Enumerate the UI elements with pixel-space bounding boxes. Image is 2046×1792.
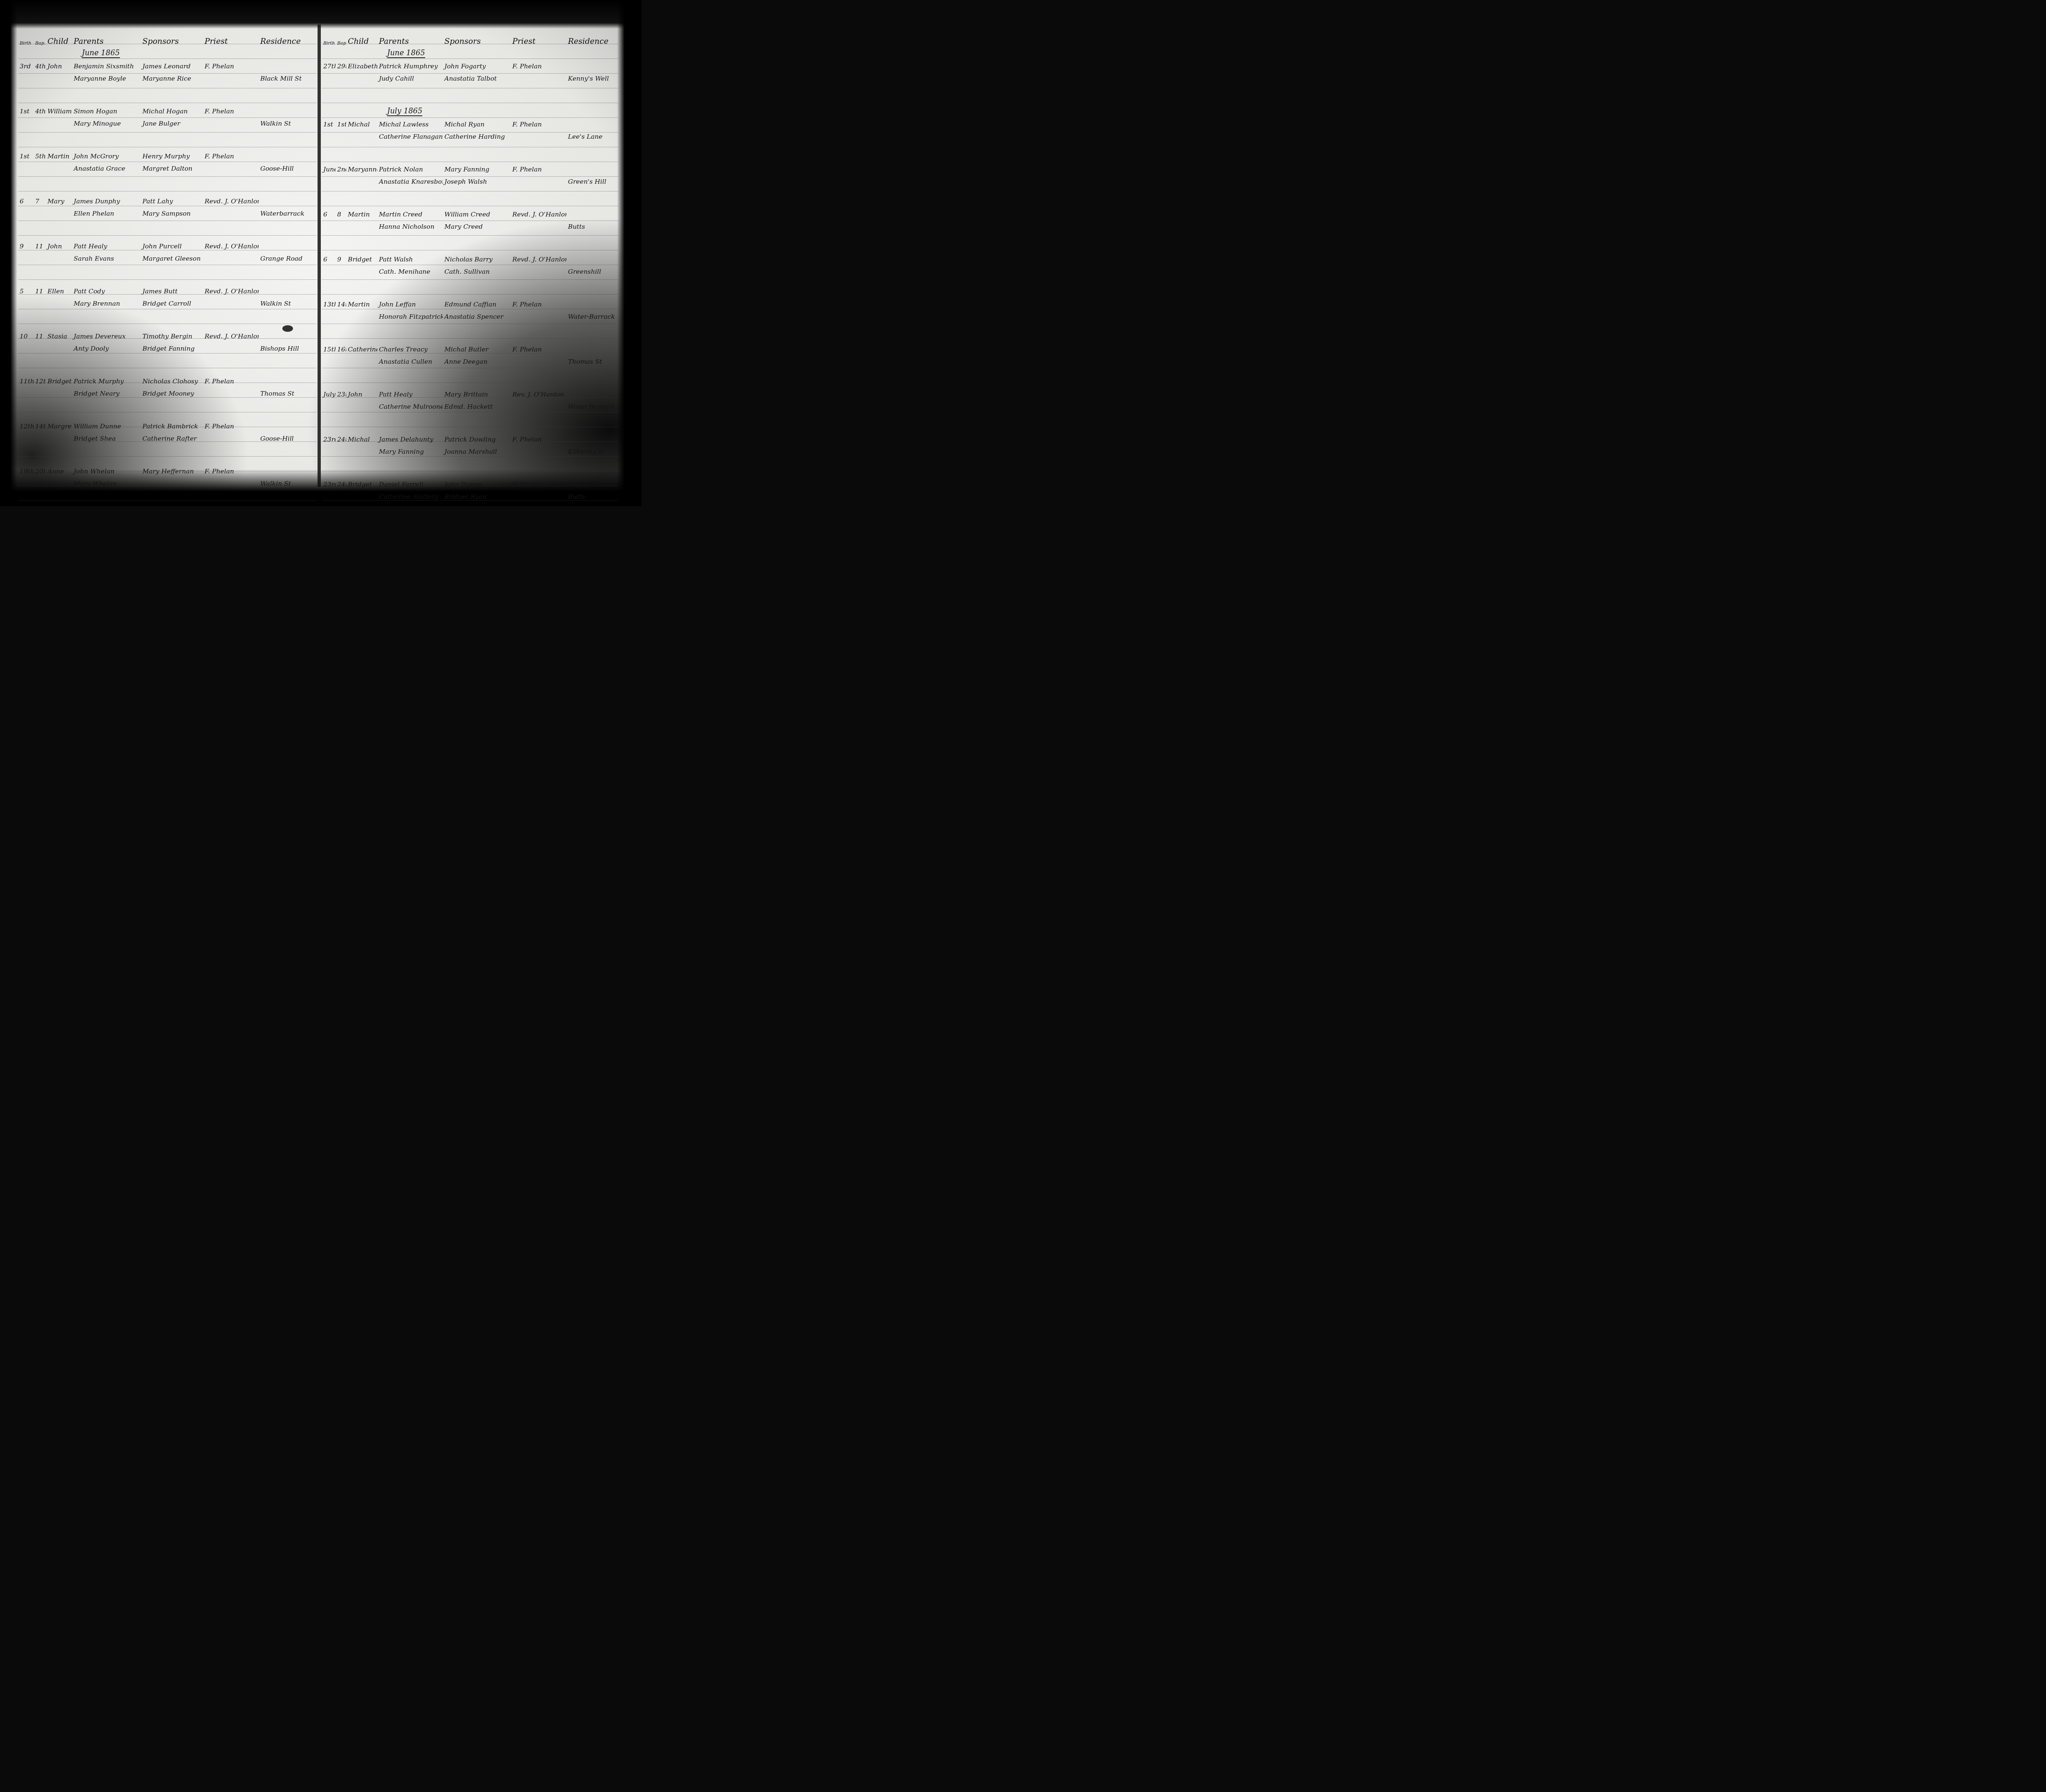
priest-name: F. Phelan <box>203 105 259 150</box>
sponsors: Mary FanningJoseph Walsh <box>443 163 511 208</box>
mother-name: Anty Dooly <box>74 342 139 355</box>
register-entry: 67MaryJames DunphyEllen PhelanPatt LahyM… <box>18 195 317 240</box>
col-header-priest: Priest <box>511 29 566 47</box>
col-header-bap: Bap. <box>34 29 46 47</box>
baptism-date: 24th <box>336 478 346 506</box>
parents: Patrick MurphyBridget Neary <box>72 375 141 420</box>
birth-date: 13th <box>322 298 336 343</box>
sponsor-1: Michal Hogan <box>142 105 201 117</box>
birth-date: 19th <box>18 465 34 506</box>
priest-name: Revd. J. O'Hanlon <box>203 240 259 285</box>
residence: Waterbarrack <box>259 195 317 240</box>
child-name: Catherine <box>346 343 377 388</box>
sponsor-1: Patt Lahy <box>142 195 201 207</box>
mother-name: Anastatia Cullen <box>379 356 441 368</box>
birth-date: 9 <box>18 240 34 285</box>
child-name: Maryanne <box>346 163 377 208</box>
priest-name: F. Phelan <box>511 118 566 163</box>
sponsor-1: William Creed <box>444 208 509 221</box>
sponsor-2: Bridget Fanning <box>142 342 201 355</box>
baptism-date: 9 <box>336 253 346 298</box>
sponsor-2: Anastatia Spencer <box>444 311 509 323</box>
sponsors: John PurcellMargaret Gleeson <box>141 240 203 285</box>
register-entry: 19th20thAnneJohn WhelanMary WhelanMary H… <box>18 465 317 506</box>
sponsor-2: Mary Creed <box>444 221 509 233</box>
child-name: Margret <box>46 420 72 465</box>
baptism-date: 11 <box>34 285 46 330</box>
priest-name: F. Phelan <box>203 375 259 420</box>
sponsors: Timothy BerginBridget Fanning <box>141 330 203 375</box>
sponsor-1: Mary Brittain <box>444 388 509 401</box>
baptism-date: 23th <box>336 388 346 433</box>
sponsor-1: Edmund Caffian <box>444 298 509 311</box>
parents: Simon HoganMary Minogue <box>72 105 141 150</box>
sponsors: William CreedMary Creed <box>443 208 511 253</box>
residence: Grange Road <box>259 240 317 285</box>
col-header-residence: Residence <box>259 29 317 47</box>
father-name: Daniel Farrell <box>379 478 441 491</box>
birth-date: 15th <box>322 343 336 388</box>
mother-name: Mary Brennan <box>74 297 139 310</box>
sponsor-1: Michal Butler <box>444 343 509 356</box>
scan-frame-right <box>617 0 642 506</box>
child-name: Ellen <box>46 285 72 330</box>
sponsor-2: Jane Bulger <box>142 117 201 130</box>
baptism-date: 14th <box>336 298 346 343</box>
priest-name: F. Phelan <box>511 343 566 388</box>
father-name: Patrick Nolan <box>379 163 441 176</box>
register-entry: July 2223thJohnPatt HealyCatherine Mulro… <box>322 388 618 433</box>
priest-name: Revd. J. O'Hanlon <box>511 253 566 298</box>
residence: Lee's Lane <box>566 118 618 163</box>
priest-name: Revd. J. O'Hanlon <box>511 208 566 253</box>
baptism-date: 1st <box>336 118 346 163</box>
residence: Kenny's Well <box>566 60 618 105</box>
left-register-table: Birth Bap. Child Parents Sponsors Priest… <box>18 29 317 506</box>
father-name: John Whelan <box>74 465 139 477</box>
parents: William DunneBridget Shea <box>72 420 141 465</box>
priest-name: Revd. J. O'Hanlon <box>203 195 259 240</box>
month-heading-row: June 1865 <box>18 47 317 60</box>
parents: Patt HealyCatherine Mulrooney <box>377 388 443 433</box>
priest-name: F. Phelan <box>511 433 566 478</box>
residence: Walkin St <box>259 285 317 330</box>
residence: Walkin St <box>259 105 317 150</box>
col-header-bap: Bap. <box>336 29 346 47</box>
ink-blot <box>282 325 293 332</box>
sponsor-1: Nicholas Clohosy <box>142 375 201 387</box>
mother-name: Anastatia Grace <box>74 162 139 175</box>
left-page: Birth Bap. Child Parents Sponsors Priest… <box>18 29 317 506</box>
sponsor-2: Maryanne Rice <box>142 72 201 85</box>
mother-name: Catherine Mulrooney <box>379 401 441 413</box>
sponsor-1: Michal Ryan <box>444 118 509 131</box>
sponsor-2: Anastatia Talbot <box>444 72 509 85</box>
month-heading-row: June 1865 <box>322 47 618 60</box>
birth-date: 6 <box>18 195 34 240</box>
sponsor-1: Mary Fanning <box>444 163 509 176</box>
father-name: James Delahunty <box>379 433 441 446</box>
col-header-parents: Parents <box>72 29 141 47</box>
col-header-sponsors: Sponsors <box>443 29 511 47</box>
father-name: John McGrory <box>74 150 139 162</box>
parents: James DevereuxAnty Dooly <box>72 330 141 375</box>
baptism-date: 12th <box>34 375 46 420</box>
baptism-date: 5th <box>34 150 46 195</box>
father-name: Patt Walsh <box>379 253 441 266</box>
priest-name: Revd. J. O'Hanlon <box>203 285 259 330</box>
child-name: Martin <box>346 208 377 253</box>
father-name: Patrick Humphrey <box>379 60 441 72</box>
birth-date: 1st <box>18 105 34 150</box>
register-entry: 1st4thWilliamSimon HoganMary MinogueMich… <box>18 105 317 150</box>
register-entry: 911JohnPatt HealySarah EvansJohn Purcell… <box>18 240 317 285</box>
month-heading: June 1865 <box>387 49 425 58</box>
father-name: William Dunne <box>74 420 139 432</box>
sponsors: James LeonardMaryanne Rice <box>141 60 203 105</box>
residence: Bishops Hill <box>259 330 317 375</box>
child-name: Michal <box>346 118 377 163</box>
col-header-birth: Birth <box>322 29 336 47</box>
sponsors: Patt LahyMary Sampson <box>141 195 203 240</box>
register-entry: 1011StasiaJames DevereuxAnty DoolyTimoth… <box>18 330 317 375</box>
residence: Thomas St <box>259 375 317 420</box>
birth-date: 11th <box>18 375 34 420</box>
sponsors: Mary BrittainEdmd. Hackett <box>443 388 511 433</box>
col-header-child: Child <box>346 29 377 47</box>
book-gutter <box>318 25 321 487</box>
col-header-birth: Birth <box>18 29 34 47</box>
father-name: Benjamin Sixsmith <box>74 60 139 72</box>
mother-name: Maryanne Boyle <box>74 72 139 85</box>
register-entry: 23rd24thBridgetDaniel FarrellCatherine S… <box>322 478 618 506</box>
mother-name: Catherine Slattery <box>379 491 441 503</box>
birth-date: 12th <box>18 420 34 465</box>
sponsor-2: Mary Sampson <box>142 207 201 220</box>
residence: Green's Hill <box>566 163 618 208</box>
baptism-date: 14th <box>34 420 46 465</box>
sponsor-1: John Purcell <box>142 240 201 252</box>
header-row: Birth Bap. Child Parents Sponsors Priest… <box>18 29 317 47</box>
birth-date: 6 <box>322 208 336 253</box>
parents: Martin CreedHanna Nicholson <box>377 208 443 253</box>
sponsor-2: Catherine Harding <box>444 131 509 143</box>
baptism-date: 16th <box>336 343 346 388</box>
parents: Patt CodyMary Brennan <box>72 285 141 330</box>
register-entry: 511EllenPatt CodyMary BrennanJames ButtB… <box>18 285 317 330</box>
sponsor-1: Henry Murphy <box>142 150 201 162</box>
child-name: Martin <box>46 150 72 195</box>
birth-date: 1st <box>322 118 336 163</box>
residence: Goose-Hill <box>259 420 317 465</box>
child-name: Michal <box>346 433 377 478</box>
register-entry: 15th16thCatherineCharles TreacyAnastatia… <box>322 343 618 388</box>
sponsor-1: Patrick Dowling <box>444 433 509 446</box>
priest-name: F. Phelan <box>203 465 259 506</box>
priest-name: F. Phelan <box>511 60 566 105</box>
baptism-date: 2nd <box>336 163 346 208</box>
mother-name: Judy Cahill <box>379 72 441 85</box>
parents: Charles TreacyAnastatia Cullen <box>377 343 443 388</box>
sponsor-1: Nicholas Barry <box>444 253 509 266</box>
sponsor-2: Catherine Rafter <box>142 432 201 445</box>
sponsor-1: Timothy Bergin <box>142 330 201 342</box>
register-entry: 27th29thElizabethPatrick HumphreyJudy Ca… <box>322 60 618 105</box>
sponsor-2: Bridget Mooney <box>142 387 201 400</box>
sponsor-1: John Fogarty <box>444 60 509 72</box>
month-heading: June 1865 <box>82 49 120 58</box>
priest-name: F. Phelan <box>203 60 259 105</box>
residence: Kilkenny St <box>566 433 618 478</box>
sponsors: Michal RyanCatherine Harding <box>443 118 511 163</box>
sponsors: Henry MurphyMargret Dalton <box>141 150 203 195</box>
register-entry: 1st5thMartinJohn McGroryAnastatia GraceH… <box>18 150 317 195</box>
header-row: Birth Bap. Child Parents Sponsors Priest… <box>322 29 618 47</box>
register-entry: 3rd4thJohnBenjamin SixsmithMaryanne Boyl… <box>18 60 317 105</box>
birth-date: June 29th <box>322 163 336 208</box>
birth-date: 5 <box>18 285 34 330</box>
birth-date: July 22 <box>322 388 336 433</box>
child-name: Bridget <box>346 253 377 298</box>
sponsor-2: Bridget Ryan <box>444 491 509 503</box>
sponsor-1: John Dunne <box>444 478 509 491</box>
scan-frame-top <box>0 0 642 29</box>
residence: Black Mill St <box>259 60 317 105</box>
sponsor-2: Cath. Sullivan <box>444 266 509 278</box>
register-entry: 12th14thMargretWilliam DunneBridget Shea… <box>18 420 317 465</box>
father-name: Simon Hogan <box>74 105 139 117</box>
mother-name: Bridget Shea <box>74 432 139 445</box>
sponsor-1: James Leonard <box>142 60 201 72</box>
baptism-date: 8 <box>336 208 346 253</box>
father-name: Martin Creed <box>379 208 441 221</box>
birth-date: 23rd <box>322 433 336 478</box>
father-name: Patt Cody <box>74 285 139 297</box>
mother-name: Cath. Menihane <box>379 266 441 278</box>
col-header-residence: Residence <box>566 29 618 47</box>
mother-name: Mary Whelan <box>74 477 139 490</box>
mother-name: Anastatia Knaresboro <box>379 176 441 188</box>
register-entry: 11th12thBridgetPatrick MurphyBridget Nea… <box>18 375 317 420</box>
sponsor-2: Mary Heffernan <box>142 465 201 477</box>
sponsors: Edmund CaffianAnastatia Spencer <box>443 298 511 343</box>
mother-name: Bridget Neary <box>74 387 139 400</box>
residence: Butts <box>566 208 618 253</box>
sponsors: Mary Heffernan <box>141 465 203 506</box>
birth-date: 1st <box>18 150 34 195</box>
baptism-date: 11 <box>34 330 46 375</box>
sponsors: Michal HoganJane Bulger <box>141 105 203 150</box>
col-header-sponsors: Sponsors <box>141 29 203 47</box>
child-name: Bridget <box>46 375 72 420</box>
month-heading: July 1865 <box>387 107 422 116</box>
child-name: Mary <box>46 195 72 240</box>
birth-date: 27th <box>322 60 336 105</box>
father-name: James Dunphy <box>74 195 139 207</box>
father-name: Michal Lawless <box>379 118 441 131</box>
child-name: Martin <box>346 298 377 343</box>
register-entry: 68MartinMartin CreedHanna NicholsonWilli… <box>322 208 618 253</box>
mother-name: Ellen Phelan <box>74 207 139 220</box>
sponsors: Patrick BambrickCatherine Rafter <box>141 420 203 465</box>
child-name: Bridget <box>346 478 377 506</box>
mother-name: Mary Fanning <box>379 446 441 458</box>
child-name: Elizabeth <box>346 60 377 105</box>
sponsor-2: Joanna Marshall <box>444 446 509 458</box>
sponsors: Michal ButlerAnne Deegan <box>443 343 511 388</box>
father-name: James Devereux <box>74 330 139 342</box>
father-name: Patt Healy <box>74 240 139 252</box>
baptism-date: 4th <box>34 60 46 105</box>
register-entry: June 29th2ndMaryannePatrick NolanAnastat… <box>322 163 618 208</box>
col-header-child: Child <box>46 29 72 47</box>
parents: James DelahuntyMary Fanning <box>377 433 443 478</box>
mother-name: Hanna Nicholson <box>379 221 441 233</box>
parents: Daniel FarrellCatherine Slattery <box>377 478 443 506</box>
parents: Patt WalshCath. Menihane <box>377 253 443 298</box>
parents: Patrick HumphreyJudy Cahill <box>377 60 443 105</box>
sponsors: Patrick DowlingJoanna Marshall <box>443 433 511 478</box>
residence: Goose-Hill <box>259 150 317 195</box>
sponsor-2: Margaret Gleeson <box>142 252 201 265</box>
mother-name: Sarah Evans <box>74 252 139 265</box>
sponsors: Nicholas ClohosyBridget Mooney <box>141 375 203 420</box>
priest-name: F. Phelan <box>511 478 566 506</box>
child-name: Anne <box>46 465 72 506</box>
col-header-priest: Priest <box>203 29 259 47</box>
parents: Benjamin SixsmithMaryanne Boyle <box>72 60 141 105</box>
parents: John LeffanHonorah Fitzpatrick <box>377 298 443 343</box>
child-name: John <box>46 60 72 105</box>
sponsors: John FogartyAnastatia Talbot <box>443 60 511 105</box>
right-register-table: Birth Bap. Child Parents Sponsors Priest… <box>322 29 618 506</box>
priest-name: F. Phelan <box>203 150 259 195</box>
residence: Walkin St <box>259 465 317 506</box>
parents: John WhelanMary Whelan <box>72 465 141 506</box>
sponsor-2: Margret Dalton <box>142 162 201 175</box>
baptism-date: 20th <box>34 465 46 506</box>
child-name: Stasia <box>46 330 72 375</box>
priest-name: Rev. J. O'Hanlon <box>511 388 566 433</box>
sponsor-1: Patrick Bambrick <box>142 420 201 432</box>
sponsors: Nicholas BarryCath. Sullivan <box>443 253 511 298</box>
sponsors: John DunneBridget Ryan <box>443 478 511 506</box>
baptism-date: 7 <box>34 195 46 240</box>
baptism-date: 11 <box>34 240 46 285</box>
father-name: Charles Treacy <box>379 343 441 356</box>
birth-date: 23rd <box>322 478 336 506</box>
register-entry: 13th14thMartinJohn LeffanHonorah Fitzpat… <box>322 298 618 343</box>
register-entry: 23rd24thMichalJames DelahuntyMary Fannin… <box>322 433 618 478</box>
residence: Thomas St <box>566 343 618 388</box>
father-name: Patrick Murphy <box>74 375 139 387</box>
month-heading-row: July 1865 <box>322 105 618 118</box>
child-name: William <box>46 105 72 150</box>
priest-name: Revd. J. O'Hanlon <box>203 330 259 375</box>
parents: Patrick NolanAnastatia Knaresboro <box>377 163 443 208</box>
parents: James DunphyEllen Phelan <box>72 195 141 240</box>
birth-date: 3rd <box>18 60 34 105</box>
baptism-date: 29th <box>336 60 346 105</box>
residence: Water-Barrack <box>566 298 618 343</box>
residence: Greenshill <box>566 253 618 298</box>
birth-date: 6 <box>322 253 336 298</box>
birth-date: 10 <box>18 330 34 375</box>
sponsor-2: Joseph Walsh <box>444 176 509 188</box>
residence: Butts <box>566 478 618 506</box>
father-name: Patt Healy <box>379 388 441 401</box>
col-header-parents: Parents <box>377 29 443 47</box>
sponsor-1: James Butt <box>142 285 201 297</box>
sponsor-2: Bridget Carroll <box>142 297 201 310</box>
parents: Michal LawlessCatherine Flanagan <box>377 118 443 163</box>
child-name: John <box>346 388 377 433</box>
priest-name: F. Phelan <box>511 298 566 343</box>
residence: Water Barrack <box>566 388 618 433</box>
register-entry: 1st1stMichalMichal LawlessCatherine Flan… <box>322 118 618 163</box>
baptism-date: 24th <box>336 433 346 478</box>
parents: Patt HealySarah Evans <box>72 240 141 285</box>
right-page: Birth Bap. Child Parents Sponsors Priest… <box>322 29 618 506</box>
sponsor-2: Anne Deegan <box>444 356 509 368</box>
father-name: John Leffan <box>379 298 441 311</box>
sponsors: James ButtBridget Carroll <box>141 285 203 330</box>
priest-name: F. Phelan <box>203 420 259 465</box>
sponsor-2: Edmd. Hackett <box>444 401 509 413</box>
register-entry: 69BridgetPatt WalshCath. MenihaneNichola… <box>322 253 618 298</box>
mother-name: Honorah Fitzpatrick <box>379 311 441 323</box>
child-name: John <box>46 240 72 285</box>
mother-name: Catherine Flanagan <box>379 131 441 143</box>
scan-frame-left <box>0 0 17 506</box>
baptism-date: 4th <box>34 105 46 150</box>
mother-name: Mary Minogue <box>74 117 139 130</box>
priest-name: F. Phelan <box>511 163 566 208</box>
parents: John McGroryAnastatia Grace <box>72 150 141 195</box>
